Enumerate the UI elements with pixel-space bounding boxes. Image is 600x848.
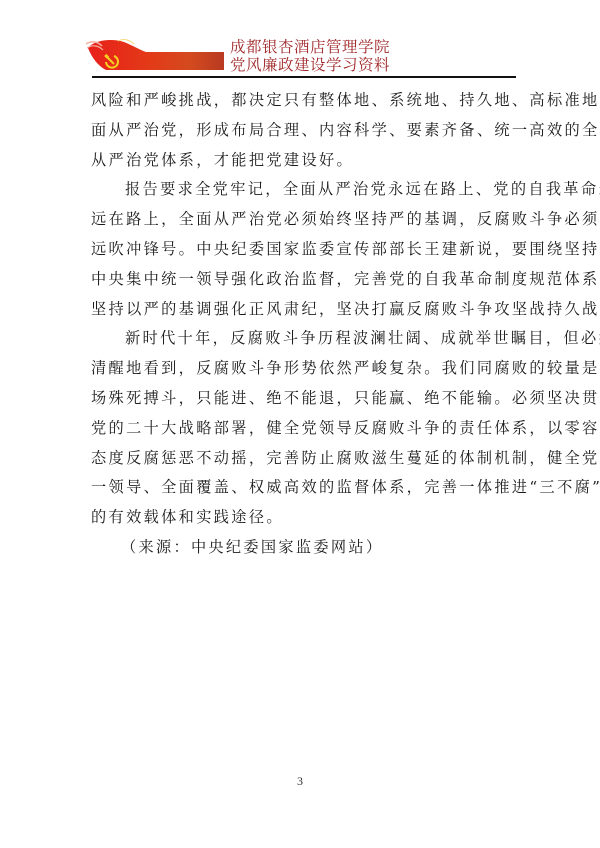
title-line-1: 成都银杏酒店管理学院: [230, 38, 390, 56]
text-line: 远吹冲锋号。中央纪委国家监委宣传部部长王建新说，要围绕坚持党: [91, 235, 515, 265]
document-header: 成都银杏酒店管理学院 党风廉政建设学习资料: [82, 32, 522, 80]
text-line: 中央集中统一领导强化政治监督，完善党的自我革命制度规范体系，: [91, 265, 515, 295]
text-line: 一领导、全面覆盖、权威高效的监督体系，完善一体推进“三不腐”: [91, 473, 515, 503]
header-divider: [92, 76, 516, 78]
page-number: 3: [0, 774, 600, 789]
text-line: 远在路上，全面从严治党必须始终坚持严的基调，反腐败斗争必须永: [91, 205, 515, 235]
paragraph-3: 新时代十年，反腐败斗争历程波澜壮阔、成就举世瞩目，但必须 清醒地看到，反腐败斗争…: [91, 324, 515, 533]
paragraph-2: 报告要求全党牢记，全面从严治党永远在路上、党的自我革命永 远在路上，全面从严治党…: [91, 175, 515, 324]
title-line-2: 党风廉政建设学习资料: [230, 56, 390, 74]
text-line: 从严治党体系，才能把党建设好。: [91, 146, 515, 176]
paragraph-1: 风险和严峻挑战，都决定只有整体地、系统地、持久地、高标准地全 面从严治党，形成布…: [91, 86, 515, 175]
text-line: 风险和严峻挑战，都决定只有整体地、系统地、持久地、高标准地全: [91, 86, 515, 116]
text-line: 面从严治党，形成布局合理、内容科学、要素齐备、统一高效的全面: [91, 116, 515, 146]
text-line: 的有效载体和实践途径。: [91, 503, 515, 533]
text-line: 场殊死搏斗，只能进、绝不能退，只能赢、绝不能输。必须坚决贯彻: [91, 384, 515, 414]
text-line: 坚持以严的基调强化正风肃纪，坚决打赢反腐败斗争攻坚战持久战。: [91, 295, 515, 325]
source-citation: （来源：中央纪委国家监委网站）: [91, 533, 515, 563]
institution-title: 成都银杏酒店管理学院 党风廉政建设学习资料: [230, 38, 390, 74]
text-line: 新时代十年，反腐败斗争历程波澜壮阔、成就举世瞩目，但必须: [91, 324, 515, 354]
party-emblem-banner-icon: [84, 36, 224, 72]
text-line: 报告要求全党牢记，全面从严治党永远在路上、党的自我革命永: [91, 175, 515, 205]
text-line: 党的二十大战略部署，健全党领导反腐败斗争的责任体系，以零容忍: [91, 414, 515, 444]
document-body: 风险和严峻挑战，都决定只有整体地、系统地、持久地、高标准地全 面从严治党，形成布…: [91, 86, 515, 563]
text-line: 态度反腐惩恶不动摇，完善防止腐败滋生蔓延的体制机制，健全党统: [91, 444, 515, 474]
text-line: 清醒地看到，反腐败斗争形势依然严峻复杂。我们同腐败的较量是一: [91, 354, 515, 384]
